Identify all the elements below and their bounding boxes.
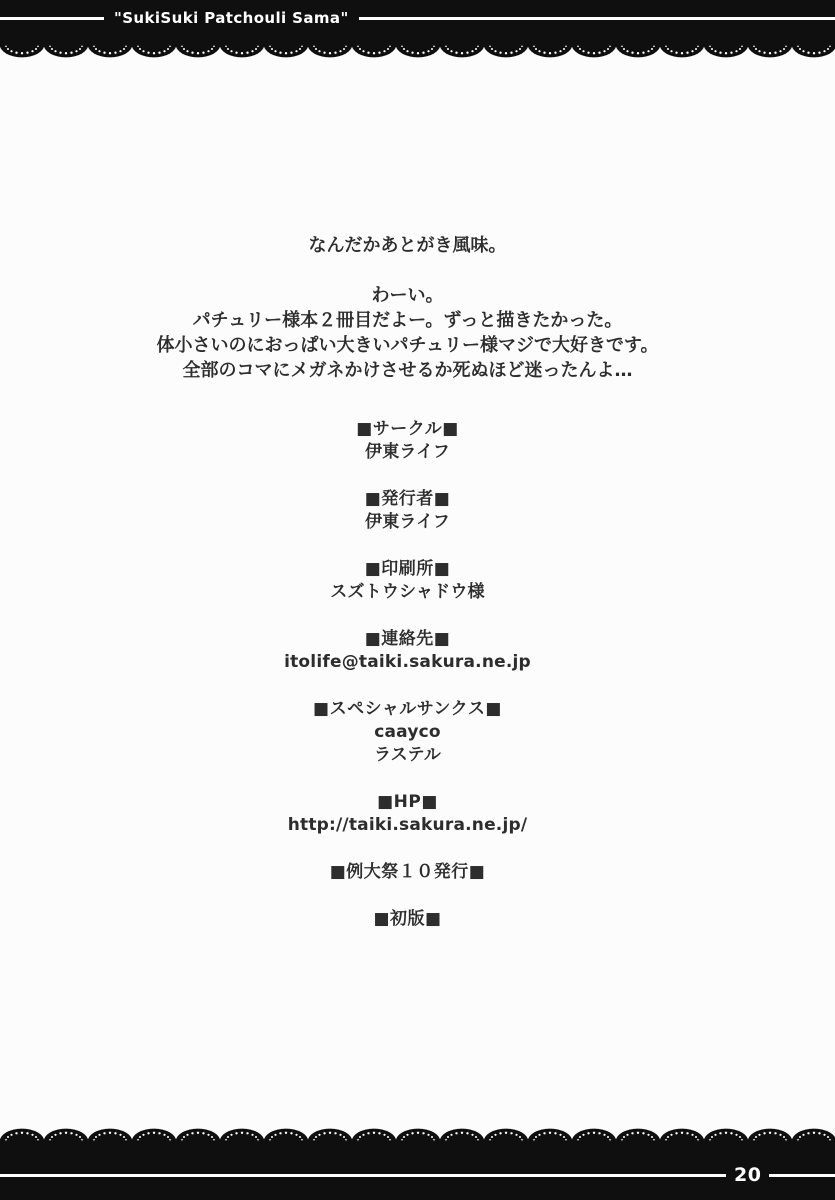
afterword-line: なんだかあとがき風味。: [0, 233, 815, 258]
afterword-text: なんだかあとがき風味。 わーい。パチュリー様本２冊目だよー。ずっと描きたかった。…: [0, 233, 815, 383]
bottom-lace-svg: [0, 1128, 835, 1200]
afterword-line: 体小さいのにおっぱい大きいパチュリー様マジで大好きです。: [0, 333, 815, 358]
section-value: 伊東ライフ: [0, 511, 815, 534]
colophon-section: ■HP■http://taiki.sakura.ne.jp/: [0, 791, 815, 837]
section-value: 伊東ライフ: [0, 441, 815, 464]
book-title: "SukiSuki Patchouli Sama": [104, 7, 359, 29]
colophon-section: ■サークル■伊東ライフ: [0, 418, 815, 464]
footer-rule: [0, 1174, 835, 1177]
colophon-sections: ■サークル■伊東ライフ■発行者■伊東ライフ■印刷所■スズトウシャドウ様■連絡先■…: [0, 418, 815, 955]
section-value: ラステル: [0, 744, 815, 767]
section-label: ■印刷所■: [0, 558, 815, 581]
colophon-section: ■例大祭１０発行■: [0, 861, 815, 884]
section-value: itolife@taiki.sakura.ne.jp: [0, 651, 815, 674]
afterword-line: [0, 258, 815, 283]
section-value: スズトウシャドウ様: [0, 581, 815, 604]
section-label: ■初版■: [0, 908, 815, 931]
bottom-lace-border: 20: [0, 1128, 835, 1200]
page-number: 20: [726, 1165, 769, 1186]
colophon-section: ■初版■: [0, 908, 815, 931]
section-value: http://taiki.sakura.ne.jp/: [0, 814, 815, 837]
section-value: caayco: [0, 721, 815, 744]
section-label: ■スペシャルサンクス■: [0, 698, 815, 721]
afterword-line: わーい。: [0, 283, 815, 308]
afterword-line: パチュリー様本２冊目だよー。ずっと描きたかった。: [0, 308, 815, 333]
afterword-line: 全部のコマにメガネかけさせるか死ぬほど迷ったんよ…: [0, 358, 815, 383]
colophon-section: ■スペシャルサンクス■caaycoラステル: [0, 698, 815, 767]
section-label: ■HP■: [0, 791, 815, 814]
section-label: ■サークル■: [0, 418, 815, 441]
colophon-section: ■印刷所■スズトウシャドウ様: [0, 558, 815, 604]
scanned-doujin-page: "SukiSuki Patchouli Sama" なんだかあとがき風味。 わー…: [0, 0, 835, 1200]
section-label: ■発行者■: [0, 488, 815, 511]
colophon-section: ■発行者■伊東ライフ: [0, 488, 815, 534]
section-label: ■連絡先■: [0, 628, 815, 651]
top-lace-border: "SukiSuki Patchouli Sama": [0, 0, 835, 58]
colophon-section: ■連絡先■itolife@taiki.sakura.ne.jp: [0, 628, 815, 674]
section-label: ■例大祭１０発行■: [0, 861, 815, 884]
